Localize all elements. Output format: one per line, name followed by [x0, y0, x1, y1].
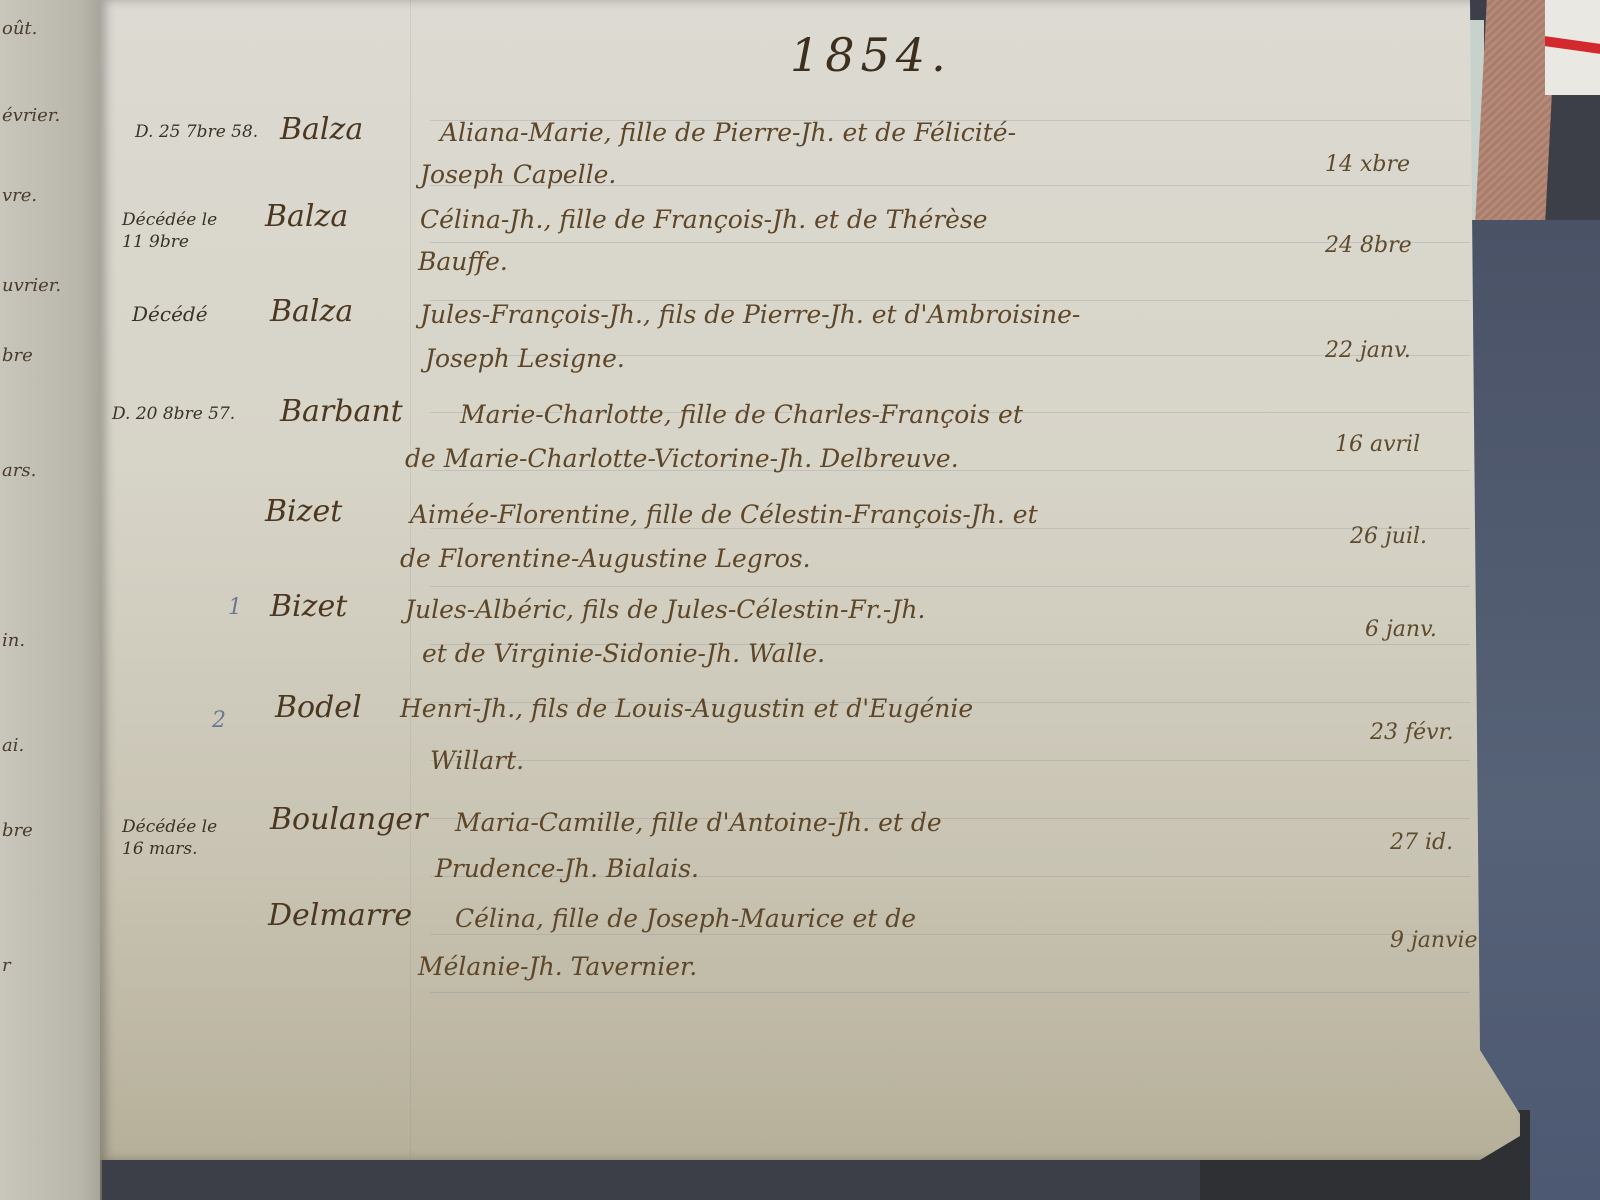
entry-text-continued: Bauffe. [418, 247, 508, 276]
left-page-fragment: ars. [2, 460, 36, 481]
entry-date: 22 janv. [1325, 338, 1411, 363]
entry-date: 14 xbre [1325, 152, 1410, 177]
entry-date: 24 8bre [1325, 233, 1412, 258]
left-page-edge: oût. évrier. vre. uvrier. bre ars. in. a… [0, 0, 102, 1200]
entry-date: 23 févr. [1370, 720, 1454, 745]
entry-text-continued: Prudence-Jh. Bialais. [435, 854, 699, 883]
margin-note-pencil-number: 2 [212, 708, 226, 733]
entry-surname: Bizet [270, 589, 347, 624]
entry-date: 27 id. [1390, 830, 1453, 855]
entry-surname: Delmarre [268, 898, 412, 933]
left-page-fragment: ai. [2, 735, 24, 756]
left-page-fragment: oût. [2, 18, 37, 39]
entry-text: Célina-Jh., fille de François-Jh. et de … [420, 205, 988, 234]
left-page-fragment: vre. [2, 185, 37, 206]
left-page-fragment: r [2, 955, 11, 976]
entry-text: Henri-Jh., fils de Louis-Augustin et d'E… [400, 694, 973, 723]
margin-note: D. 25 7bre 58. [135, 122, 258, 142]
entry-text-continued: Mélanie-Jh. Tavernier. [418, 952, 697, 981]
entry-text: Marie-Charlotte, fille de Charles-Franço… [460, 400, 1023, 429]
ruling-line [430, 242, 1470, 243]
entry-text-continued: de Florentine-Augustine Legros. [400, 544, 811, 573]
ruling-line [430, 760, 1470, 761]
margin-note: Décédée le 11 9bre [122, 209, 242, 253]
entry-text-continued: Joseph Lesigne. [425, 344, 625, 373]
entry-text: Jules-Albéric, fils de Jules-Célestin-Fr… [405, 595, 925, 624]
entry-text-continued: de Marie-Charlotte-Victorine-Jh. Delbreu… [405, 444, 959, 473]
entry-date: 26 juil. [1350, 524, 1427, 549]
margin-rule [410, 0, 411, 1160]
background-towel [1545, 0, 1600, 95]
entry-text: Maria-Camille, fille d'Antoine-Jh. et de [455, 808, 942, 837]
ruling-line [430, 992, 1470, 993]
entry-text: Aimée-Florentine, fille de Célestin-Fran… [410, 500, 1038, 529]
margin-note: D. 20 8bre 57. [112, 404, 235, 424]
entry-text-continued: Willart. [430, 746, 524, 775]
left-page-fragment: évrier. [2, 105, 60, 126]
margin-note: Décédée le 16 mars. [122, 816, 242, 860]
background-surface [1470, 220, 1600, 1200]
entry-surname: Bizet [265, 494, 342, 529]
left-page-fragment: uvrier. [2, 275, 61, 296]
margin-note-pencil-number: 1 [228, 595, 242, 620]
left-page-fragment: bre [2, 820, 33, 841]
entry-text-continued: et de Virginie-Sidonie-Jh. Walle. [422, 639, 825, 668]
entry-surname: Bodel [275, 690, 362, 725]
ruling-line [430, 586, 1470, 587]
ruling-line [430, 934, 1470, 935]
entry-text: Célina, fille de Joseph-Maurice et de [455, 904, 916, 933]
entry-text: Aliana-Marie, fille de Pierre-Jh. et de … [440, 118, 1016, 147]
entry-surname: Balza [280, 112, 363, 147]
entry-surname: Balza [270, 294, 353, 329]
entry-text: Jules-François-Jh., fils de Pierre-Jh. e… [420, 300, 1080, 329]
left-page-fragment: bre [2, 345, 33, 366]
entry-surname: Barbant [280, 394, 403, 429]
entry-surname: Balza [265, 199, 348, 234]
entry-text-continued: Joseph Capelle. [420, 160, 616, 189]
register-page: 1854. D. 25 7bre 58. Balza Aliana-Marie,… [100, 0, 1520, 1160]
left-page-fragment: in. [2, 630, 25, 651]
margin-note: Décédé [132, 302, 208, 326]
entry-date: 6 janv. [1365, 617, 1437, 642]
entry-date: 16 avril [1335, 432, 1420, 457]
entry-surname: Boulanger [270, 802, 428, 837]
entry-date: 9 janvier. [1390, 928, 1493, 953]
year-heading: 1854. [790, 28, 952, 82]
